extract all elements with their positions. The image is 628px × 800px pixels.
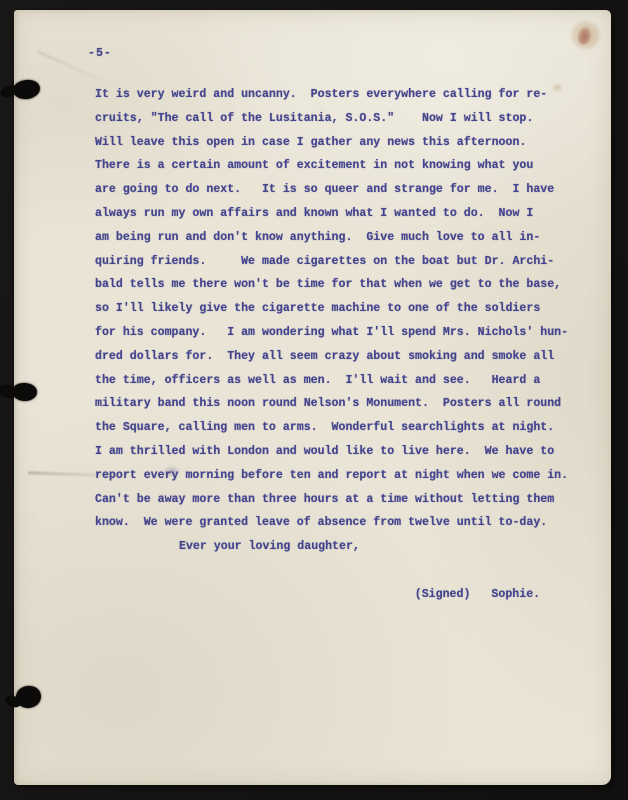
typed-line: Can't be away more than three hours at a… [95,488,595,512]
letter-footer: Ever your loving daughter, (Signed)Sophi… [95,535,595,583]
typed-line: quiring friends. We made cigarettes on t… [95,250,595,274]
signature-line: (Signed)Sophie. [373,559,595,583]
closing-line: Ever your loving daughter, [179,535,595,559]
signature-name: Sophie. [491,583,540,607]
typed-line: the Square, calling men to arms. Wonderf… [95,416,595,440]
typed-line: am being run and don't know anything. Gi… [95,226,595,250]
typed-line: are going to do next. It is so queer and… [95,178,595,202]
typed-line: know. We were granted leave of absence f… [95,511,595,535]
paper-speck [552,83,563,92]
typed-line: It is very weird and uncanny. Posters ev… [95,83,595,107]
typed-line: for his company. I am wondering what I'l… [95,321,595,345]
scan-background: { "letter": { "page_number": "-5-", "bod… [0,0,628,800]
typed-line: military band this noon round Nelson's M… [95,392,595,416]
typed-line: Will leave this open in case I gather an… [95,131,595,155]
letter-page-sheet: -5- It is very weird and uncanny. Poster… [14,10,611,785]
signature-prefix: (Signed) [415,588,471,601]
typed-line: always run my own affairs and known what… [95,202,595,226]
typed-line: There is a certain amount of excitement … [95,154,595,178]
typed-line: so I'll likely give the cigarette machin… [95,297,595,321]
rust-stain [564,15,606,59]
page-number: -5- [88,47,112,60]
typed-line: the time, officers as well as men. I'll … [95,369,595,393]
rust-stain-core [576,26,592,46]
ink-smudge [163,466,180,477]
typed-line: bald tells me there won't be time for th… [95,273,595,297]
typed-line: I am thrilled with London and would like… [95,440,595,464]
typed-line: cruits, "The call of the Lusitania, S.O.… [95,107,595,131]
typed-line: dred dollars for. They all seem crazy ab… [95,345,595,369]
